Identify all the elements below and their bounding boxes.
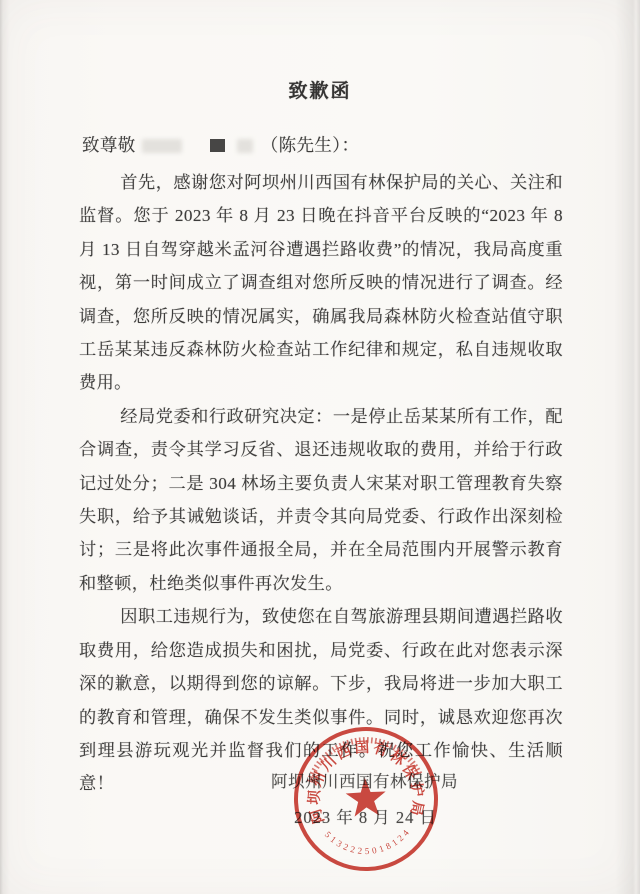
paragraph-decisions: 经局党委和行政研究决定：一是停止岳某某所有工作，配合调查，责令其学习反省、退还违… (79, 400, 563, 600)
redacted-name-blur-2 (237, 139, 253, 153)
seal-serial-number: 5132225018124 (322, 825, 414, 858)
scanned-apology-letter: 致歉函 致尊敬（陈先生）： 首先，感谢您对阿坝州川西国有林保护局的关心、关注和监… (0, 0, 640, 894)
salutation-prefix: 致尊敬 (82, 135, 136, 155)
salutation-line: 致尊敬（陈先生）： (82, 132, 359, 157)
official-red-seal: 阿坝州川西国有林保护局 5132225018124 (279, 712, 453, 886)
paragraph-investigation: 首先，感谢您对阿坝州川西国有林保护局的关心、关注和监督。您于 2023 年 8 … (79, 166, 563, 400)
redacted-name-block (210, 139, 225, 152)
seal-star-icon (345, 777, 387, 817)
salutation-suffix: （陈先生）： (261, 135, 360, 155)
letter-body: 首先，感谢您对阿坝州川西国有林保护局的关心、关注和监督。您于 2023 年 8 … (79, 166, 563, 801)
letter-title: 致歉函 (0, 76, 640, 103)
redacted-name-blur-1 (142, 139, 182, 153)
